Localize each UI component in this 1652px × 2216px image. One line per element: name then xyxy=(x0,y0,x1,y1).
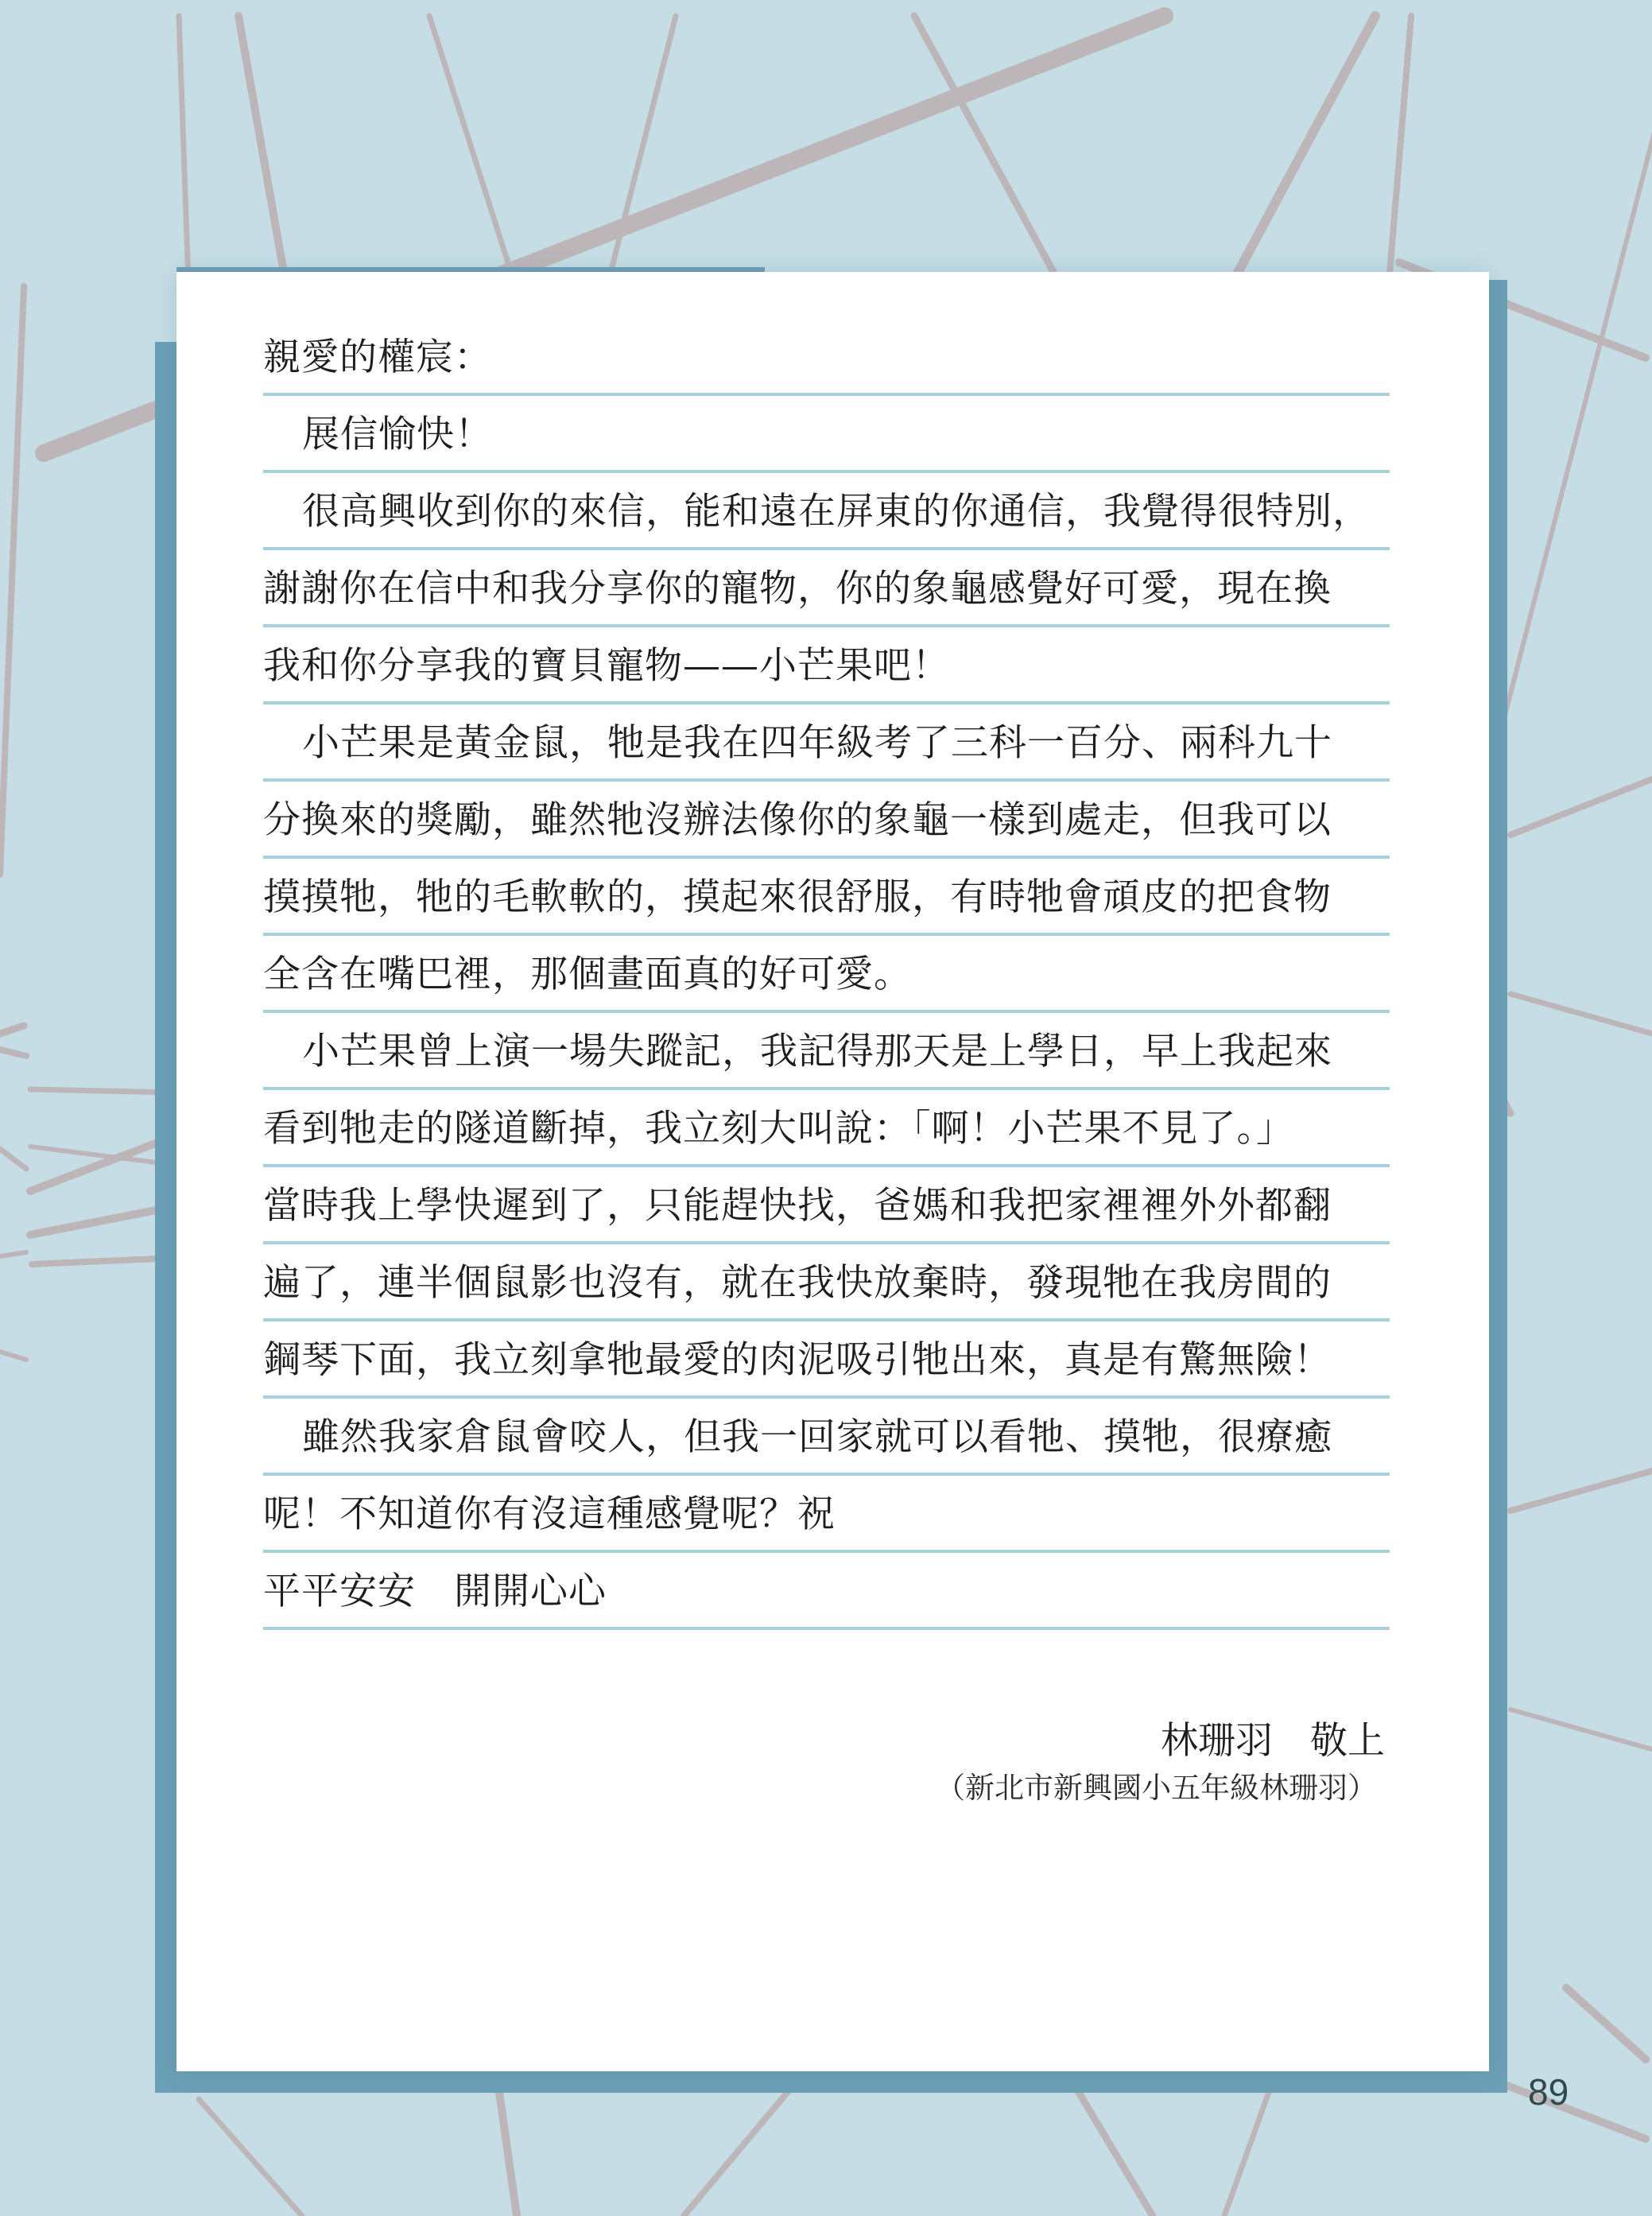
closing: 平平安安 開開心心 xyxy=(263,1568,1390,1616)
letter-source: （新北市新興國小五年級林珊羽） xyxy=(936,1769,1377,1807)
letter-signature: 林珊羽 敬上 xyxy=(1161,1717,1385,1765)
ruled-line xyxy=(263,624,1390,627)
letter-line: 小芒果是黃金鼠，牠是我在四年級考了三科一百分、兩科九十 xyxy=(263,720,1429,767)
ruled-line xyxy=(263,933,1390,936)
letter-line: 全含在嘴巴裡，那個畫面真的好可愛。 xyxy=(263,951,1390,999)
ruled-line xyxy=(263,547,1390,550)
letter-line: 小芒果曾上演一場失蹤記，我記得那天是上學日，早上我起來 xyxy=(263,1028,1429,1076)
ruled-line xyxy=(263,1241,1390,1244)
salutation: 親愛的權宸： xyxy=(263,334,1390,382)
ruled-line xyxy=(263,1318,1390,1321)
letter-line: 呢！不知道你有沒這種感覺呢？祝 xyxy=(263,1491,1390,1539)
ruled-line xyxy=(263,1550,1390,1553)
letter-line: 看到牠走的隧道斷掉，我立刻大叫說：「啊！小芒果不見了。」 xyxy=(263,1105,1390,1153)
letter-line: 鋼琴下面，我立刻拿牠最愛的肉泥吸引牠出來，真是有驚無險！ xyxy=(263,1337,1390,1384)
ruled-line xyxy=(263,1395,1390,1399)
letter-line: 遍了，連半個鼠影也沒有，就在我快放棄時，發現牠在我房間的 xyxy=(263,1259,1390,1307)
ruled-line xyxy=(263,1473,1390,1476)
ruled-line xyxy=(263,1010,1390,1013)
ruled-line xyxy=(263,1087,1390,1090)
letter-line: 雖然我家倉鼠會咬人，但我一回家就可以看牠、摸牠，很療癒 xyxy=(263,1414,1429,1461)
page-number: 89 xyxy=(1528,2070,1569,2113)
letter-line: 分換來的獎勵，雖然牠沒辦法像你的象龜一樣到處走，但我可以 xyxy=(263,797,1390,844)
letter-line: 摸摸牠，牠的毛軟軟的，摸起來很舒服，有時牠會頑皮的把食物 xyxy=(263,874,1390,922)
ruled-line xyxy=(263,1164,1390,1167)
ruled-line xyxy=(263,701,1390,704)
greeting: 展信愉快！ xyxy=(263,411,1429,459)
ruled-line xyxy=(263,1627,1390,1630)
letter-line: 謝謝你在信中和我分享你的寵物，你的象龜感覺好可愛，現在換 xyxy=(263,565,1390,613)
ruled-line xyxy=(263,470,1390,473)
ruled-line xyxy=(263,778,1390,782)
letter-line: 我和你分享我的寶貝寵物——小芒果吧！ xyxy=(263,642,1390,690)
letter-line: 很高興收到你的來信，能和遠在屏東的你通信，我覺得很特別， xyxy=(263,488,1429,536)
letter-line: 當時我上學快遲到了，只能趕快找，爸媽和我把家裡裡外外都翻 xyxy=(263,1182,1390,1230)
ruled-line xyxy=(263,856,1390,859)
ruled-line xyxy=(263,393,1390,396)
